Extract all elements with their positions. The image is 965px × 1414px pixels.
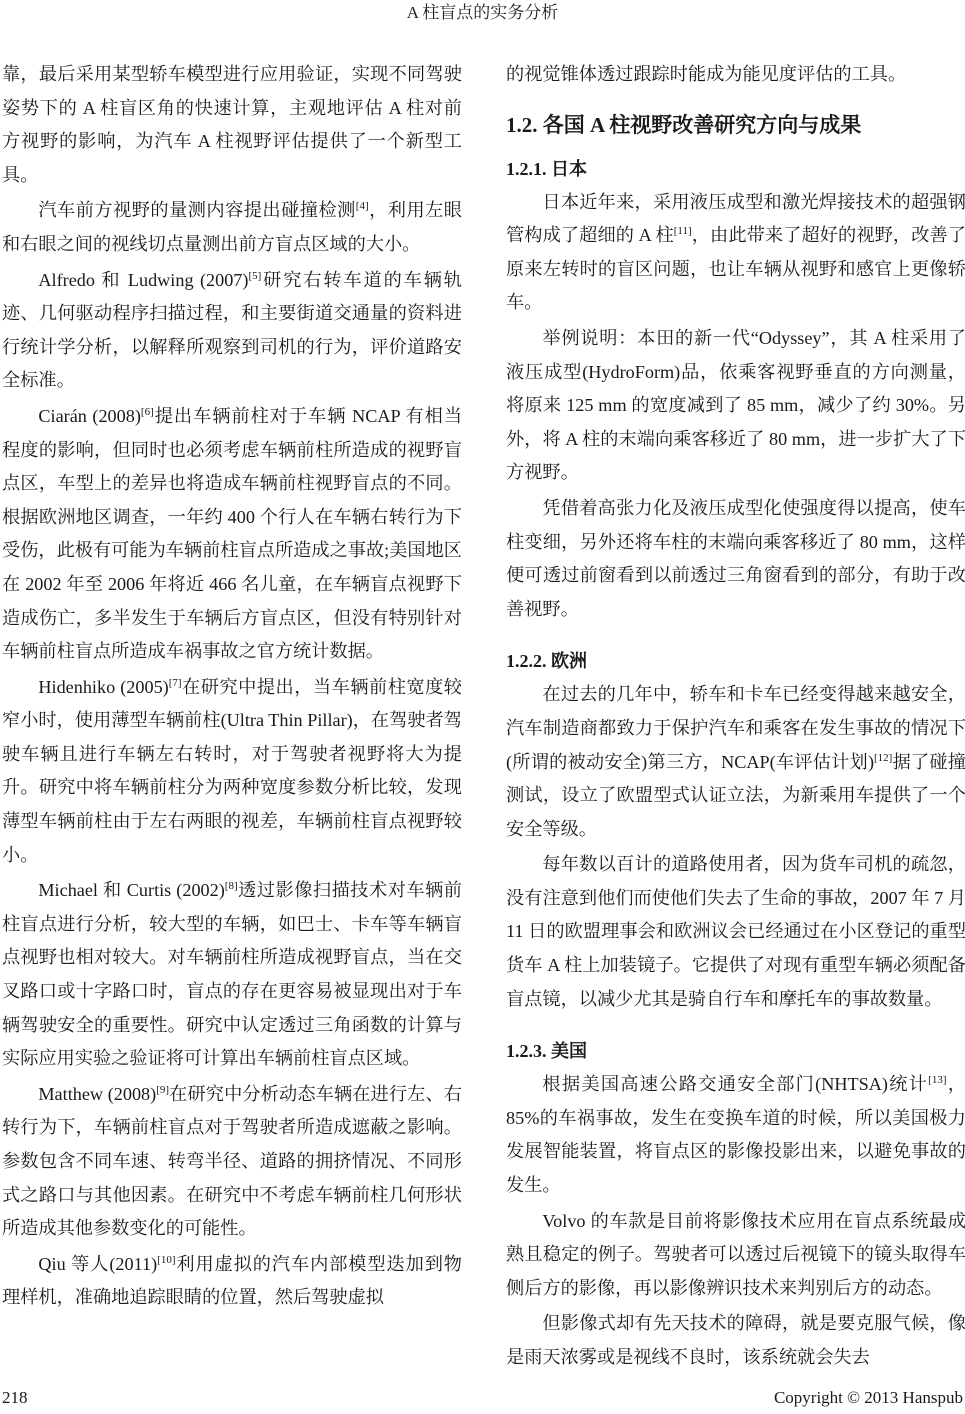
- paragraph: 日本近年来，采用液压成型和激光焊接技术的超强钢管构成了超细的 A 柱[11]，由…: [506, 186, 965, 320]
- citation-ref: [5]: [248, 270, 261, 282]
- paragraph: Hidenhiko (2005)[7]在研究中提出，当车辆前柱宽度较窄小时，使用…: [2, 671, 462, 873]
- citation-ref: [10]: [157, 1254, 175, 1266]
- paragraph: Matthew (2008)[9]在研究中分析动态车辆在进行左、右转行为下，车辆…: [2, 1078, 462, 1246]
- citation-ref: [9]: [156, 1084, 169, 1096]
- paragraph: Michael 和 Curtis (2002)[8]透过影像扫描技术对车辆前柱盲…: [2, 874, 462, 1076]
- section-heading: 1.2. 各国 A 柱视野改善研究方向与成果: [506, 110, 965, 140]
- paragraph: 举例说明：本田的新一代“Odyssey”，其 A 柱采用了液压成型(HydroF…: [506, 322, 965, 490]
- running-header-title: A 柱盲点的实务分析: [0, 2, 965, 24]
- subsection-heading-japan: 1.2.1. 日本: [506, 154, 965, 184]
- paragraph: Volvo 的车款是目前将影像技术应用在盲点系统最成熟且稳定的例子。驾驶者可以透…: [506, 1205, 965, 1306]
- paragraph: 的视觉锥体透过跟踪时能成为能见度评估的工具。: [506, 58, 965, 92]
- paragraph: 每年数以百计的道路使用者，因为货车司机的疏忽，没有注意到他们而使他们失去了生命的…: [506, 848, 965, 1016]
- paragraph: Alfredo 和 Ludwing (2007)[5]研究右转车道的车辆轨迹、几…: [2, 264, 462, 398]
- citation-ref: [8]: [225, 880, 238, 892]
- citation-ref: [7]: [169, 677, 182, 689]
- paragraph: 但影像式却有先天技术的障碍，就是要克服气候，像是雨天浓雾或是视线不良时，该系统就…: [506, 1307, 965, 1374]
- right-column: 的视觉锥体透过跟踪时能成为能见度评估的工具。 1.2. 各国 A 柱视野改善研究…: [506, 58, 965, 1375]
- citation-ref: [4]: [356, 200, 369, 212]
- citation-ref: [11]: [674, 225, 692, 237]
- paragraph: 在过去的几年中，轿车和卡车已经变得越来越安全，汽车制造商都致力于保护汽车和乘客在…: [506, 678, 965, 846]
- citation-ref: [13]: [928, 1074, 946, 1086]
- citation-ref: [6]: [141, 406, 154, 418]
- subsection-heading-europe: 1.2.2. 欧洲: [506, 646, 965, 676]
- left-column: 靠，最后采用某型轿车模型进行应用验证，实现不同驾驶姿势下的 A 柱盲区角的快速计…: [2, 58, 462, 1315]
- paragraph: 凭借着高张力化及液压成型化使强度得以提高，使车柱变细，另外还将车柱的末端向乘客移…: [506, 492, 965, 626]
- paragraph: 汽车前方视野的量测内容提出碰撞检测[4]，利用左眼和右眼之间的视线切点量测出前方…: [2, 194, 462, 261]
- paragraph: Qiu 等人(2011)[10]利用虚拟的汽车内部模型迭加到物理样机，准确地追踪…: [2, 1248, 462, 1315]
- subsection-heading-usa: 1.2.3. 美国: [506, 1036, 965, 1066]
- paragraph: 根据美国高速公路交通安全部门(NHTSA)统计[13]，85%的车祸事故，发生在…: [506, 1068, 965, 1202]
- citation-ref: [12]: [874, 751, 892, 763]
- paragraph: 靠，最后采用某型轿车模型进行应用验证，实现不同驾驶姿势下的 A 柱盲区角的快速计…: [2, 58, 462, 192]
- paragraph: Ciarán (2008)[6]提出车辆前柱对于车辆 NCAP 有相当程度的影响…: [2, 400, 462, 669]
- copyright-notice: Copyright © 2013 Hanspub: [774, 1388, 963, 1408]
- page-number: 218: [2, 1388, 28, 1408]
